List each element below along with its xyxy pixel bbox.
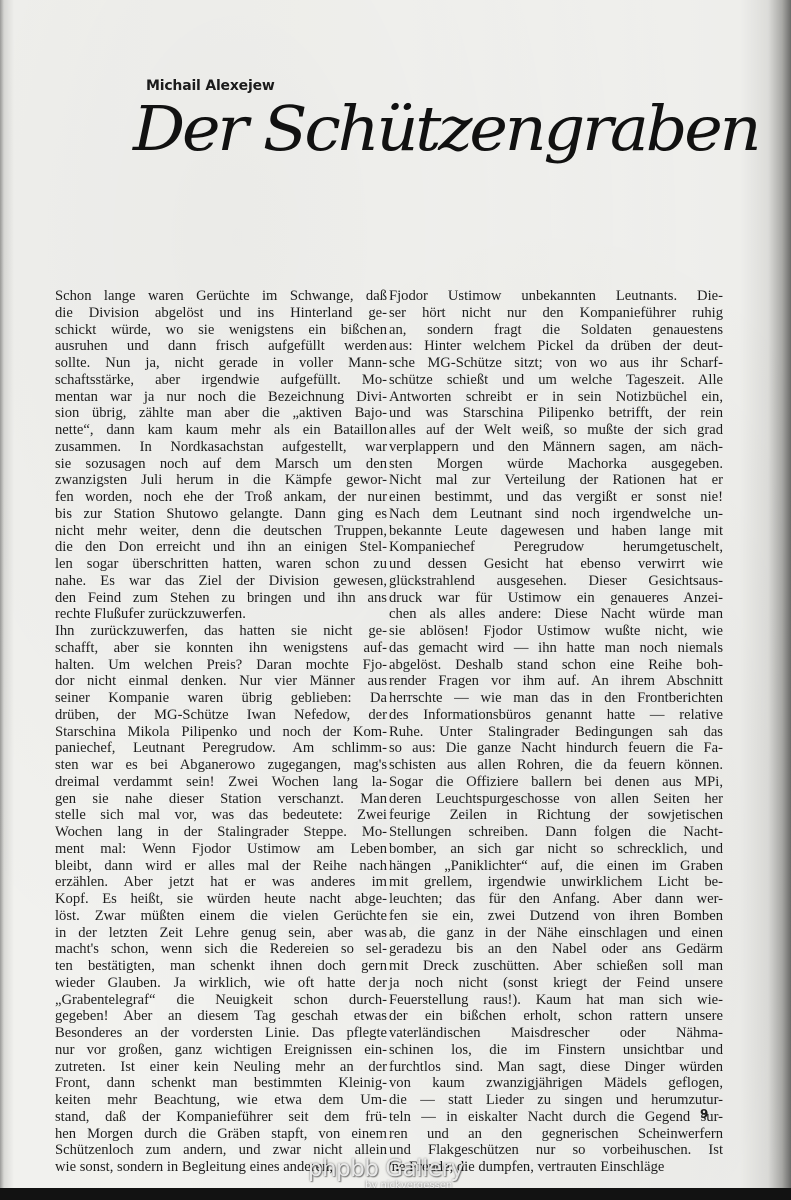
text-line: furchtlos sind. Man sagt, diese Dinger w… [389, 1059, 723, 1076]
text-line: render Fragen vor ihm auf. An ihrem Absc… [389, 673, 723, 690]
text-line: das gemacht wird — ihn hatte man noch ni… [389, 640, 723, 657]
text-line: Kompaniechef Peregrudow herumgetuschelt, [389, 539, 723, 556]
text-line: keiten mehr Beachtung, wie etwa dem Um- [55, 1092, 387, 1109]
text-line: vaterländischen Maisdrescher oder Nähma- [389, 1025, 723, 1042]
text-line: von kaum zwanzigjährigen Mädels geflogen… [389, 1075, 723, 1092]
text-line: „Grabentelegraf“ die Neuigkeit schon dur… [55, 992, 387, 1009]
text-line: fen worden, noch ehe der Troß ankam, der… [55, 489, 387, 506]
text-line: bomber, an sich gar nicht so schrecklich… [389, 841, 723, 858]
text-line: Antworten schreibt er in sein Notizbüche… [389, 389, 723, 406]
text-line: bis zur Station Shutowo gelangte. Dann g… [55, 506, 387, 523]
text-line: schafft, aber sie konnten ihn wenigstens… [55, 640, 387, 657]
text-line: zusammen. In Nordkasachstan aufgestellt,… [55, 439, 387, 456]
text-line: Kopf. Es heißt, sie würden heute nacht a… [55, 891, 387, 908]
text-line: deren Leuchtspurgeschosse von allen Seit… [389, 791, 723, 808]
text-line: schickt würde, wo sie wenigstens ein biß… [55, 322, 387, 339]
text-line: dreimal verdammt sein! Zwei Wochen lang … [55, 774, 387, 791]
text-line: hen Morgen durch die Gräben stapft, von … [55, 1126, 387, 1143]
page-number: 9 [700, 1107, 708, 1121]
text-line: nette“, dann kam kaum mehr als ein Batai… [55, 422, 387, 439]
text-line: schütze schießt und um welche Tageszeit.… [389, 372, 723, 389]
text-line: wieder Glauben. Ja wirklich, wie oft hat… [55, 975, 387, 992]
text-line: die — statt Lieder zu singen und herumzu… [389, 1092, 723, 1109]
text-line: paniechef, Leutnant Peregrudow. Am schli… [55, 740, 387, 757]
watermark-logo: phpbb Gallery [308, 1158, 464, 1181]
scanned-page: Michail Alexejew Der Schützengraben Scho… [0, 0, 791, 1188]
text-line: sten war es bei Abganerowo zugegangen, m… [55, 757, 387, 774]
text-line: stand, daß der Kompanieführer seit dem f… [55, 1109, 387, 1126]
text-line: seiner Kompanie waren übrig geblieben: D… [55, 690, 387, 707]
text-line: ser hört nicht nur den Kompanieführer ru… [389, 305, 723, 322]
text-line: hängen „Paniklichter“ auf, die einen im … [389, 858, 723, 875]
text-line: mit Dreck zuschütten. Aber schießen soll… [389, 958, 723, 975]
article-title: Der Schützengraben [133, 98, 758, 160]
watermark-credit: by nickvergessen [365, 1181, 452, 1188]
text-line: geradezu bis an den Nabel oder ans Gedär… [389, 941, 723, 958]
text-line: Front, dann schenkt man bestimmten Klein… [55, 1075, 387, 1092]
text-line: gegeben! Aber an diesem Tag geschah etwa… [55, 1008, 387, 1025]
text-line: glückstrahlend ausgesehen. Dieser Gesich… [389, 573, 723, 590]
text-line: nahe. Es war das Ziel der Division gewes… [55, 573, 387, 590]
text-line: Besonderes an der vordersten Linie. Das … [55, 1025, 387, 1042]
text-line: mit grellem, irgendwie unwirklichem Lich… [389, 874, 723, 891]
text-line: einen bestimmt, und das vergißt er sonst… [389, 489, 723, 506]
text-line: Fjodor Ustimow unbekannten Leutnants. Di… [389, 288, 723, 305]
text-line: stelle sich mal vor, was das bedeutete: … [55, 807, 387, 824]
text-line: Ihn zurückzuwerfen, das hatten sie nicht… [55, 623, 387, 640]
text-line: sten Morgen würde Machorka ausgegeben. [389, 456, 723, 473]
text-line: ment mal: Wenn Fjodor Ustimow am Leben [55, 841, 387, 858]
text-line: macht's schon, wenn sich die Redereien s… [55, 941, 387, 958]
text-line: Nach dem Leutnant sind noch irgendwelche… [389, 506, 723, 523]
text-line: den Feind zum Stehen zu bringen und ihn … [55, 590, 387, 607]
text-line: druck war für Ustimow ein genaueres Anze… [389, 590, 723, 607]
text-line: zwanzigsten Juli herum in die Kämpfe gew… [55, 472, 387, 489]
text-line: nur vor großen, ganz wichtigen Ereigniss… [55, 1042, 387, 1059]
text-line: Feuerstellung raus!). Kaum hat man sich … [389, 992, 723, 1009]
text-line: die den Don erreicht und ihn an einigen … [55, 539, 387, 556]
text-line: ten bestätigten, man schenkt ihnen doch … [55, 958, 387, 975]
text-line: Wochen lang in der Stalingrader Steppe. … [55, 824, 387, 841]
text-line: und dessen Gesicht hat ebenso verwirrt w… [389, 556, 723, 573]
text-column-right: Fjodor Ustimow unbekannten Leutnants. Di… [389, 288, 723, 1176]
text-line: schaftsstärke, aber irgendwie aufgefüllt… [55, 372, 387, 389]
text-line: in der letzten Zeit Lehre genug sein, ab… [55, 925, 387, 942]
text-line: nicht mehr weiter, denn die deutschen Tr… [55, 523, 387, 540]
text-line: schinen los, die im Finstern unsichtbar … [389, 1042, 723, 1059]
text-line: gen sie nahe dieser Station verschanzt. … [55, 791, 387, 808]
text-line: schisten aus allen Rohren, die da feuern… [389, 757, 723, 774]
text-line: verplappern und den Männern sagen, am nä… [389, 439, 723, 456]
text-line: ausruhen und dann frisch aufgefüllt werd… [55, 338, 387, 355]
text-line: dor nicht einmal denken. Nur vier Männer… [55, 673, 387, 690]
text-column-left: Schon lange waren Gerüchte im Schwange, … [55, 288, 387, 1176]
text-line: sie ablösen! Fjodor Ustimow wußte nicht,… [389, 623, 723, 640]
text-line: ab, die ganz in der Nähe einschlagen und… [389, 925, 723, 942]
text-line: leuchten; das für den Anfang. Aber dann … [389, 891, 723, 908]
text-line: feurige Zeilen in Richtung der sowjetisc… [389, 807, 723, 824]
text-line: Nicht mal zur Verteilung der Rationen ha… [389, 472, 723, 489]
text-line: Stellungen schreiben. Dann folgen die Na… [389, 824, 723, 841]
text-line: teln — in eiskalter Nacht durch die Gege… [389, 1109, 723, 1126]
text-line: an, sondern fragt die Soldaten genaueste… [389, 322, 723, 339]
text-line: zutreten. Ist einer kein Neuling mehr an… [55, 1059, 387, 1076]
text-line: Schon lange waren Gerüchte im Schwange, … [55, 288, 387, 305]
text-line: rechte Flußufer zurückzuwerfen. [55, 606, 387, 623]
text-line: aus: Hinter welchem Pickel da drüben der… [389, 338, 723, 355]
text-line: erzählen. Aber jetzt hat er was anderes … [55, 874, 387, 891]
text-line: und was Starschina Pilipenko betrifft, d… [389, 405, 723, 422]
text-line: löst. Zwar müßten einem die vielen Gerüc… [55, 908, 387, 925]
text-line: sche MG-Schütze sitzt; von wo aus ihr Sc… [389, 355, 723, 372]
text-line: Starschina Mikola Pilipenko und noch der… [55, 724, 387, 741]
scan-bottom-edge [0, 1188, 791, 1200]
text-line: alles auf der Welt weiß, so mußte der si… [389, 422, 723, 439]
text-line: der ein bißchen erholt, schon rattern un… [389, 1008, 723, 1025]
text-line: die Division abgelöst und ins Hinterland… [55, 305, 387, 322]
text-line: len sogar überschritten hatten, waren sc… [55, 556, 387, 573]
text-line: halten. Um welchen Preis? Daran mochte F… [55, 657, 387, 674]
text-line: sollte. Nun ja, nicht gerade in voller M… [55, 355, 387, 372]
text-line: fen sie ein, zwei Dutzend von ihren Bomb… [389, 908, 723, 925]
text-line: mentan war ja nur noch die Bezeichnung D… [55, 389, 387, 406]
text-line: des Informationsbüros genannt hatte — re… [389, 707, 723, 724]
text-line: ren und an den gegnerischen Scheinwerfer… [389, 1126, 723, 1143]
text-line: Ruhe. Unter Stalingrader Bedingungen sah… [389, 724, 723, 741]
text-line: sion übrig, zählte man aber die „aktiven… [55, 405, 387, 422]
text-line: bleibt, dann wird er alles mal der Reihe… [55, 858, 387, 875]
text-line: herrschte — wie man das in den Frontberi… [389, 690, 723, 707]
text-line: sie sozusagen noch auf dem Marsch um den [55, 456, 387, 473]
text-line: bekannte Leute dagewesen und haben lange… [389, 523, 723, 540]
text-line: chen als alles andere: Diese Nacht würde… [389, 606, 723, 623]
text-line: drüben, der MG-Schütze Iwan Nefedow, der [55, 707, 387, 724]
text-line: Sogar die Offiziere ballern bei denen au… [389, 774, 723, 791]
text-line: abgelöst. Deshalb stand schon eine Reihe… [389, 657, 723, 674]
text-line: so aus: Die ganze Nacht hindurch feuern … [389, 740, 723, 757]
text-line: ja noch nicht (sonst kriegt der Feind un… [389, 975, 723, 992]
